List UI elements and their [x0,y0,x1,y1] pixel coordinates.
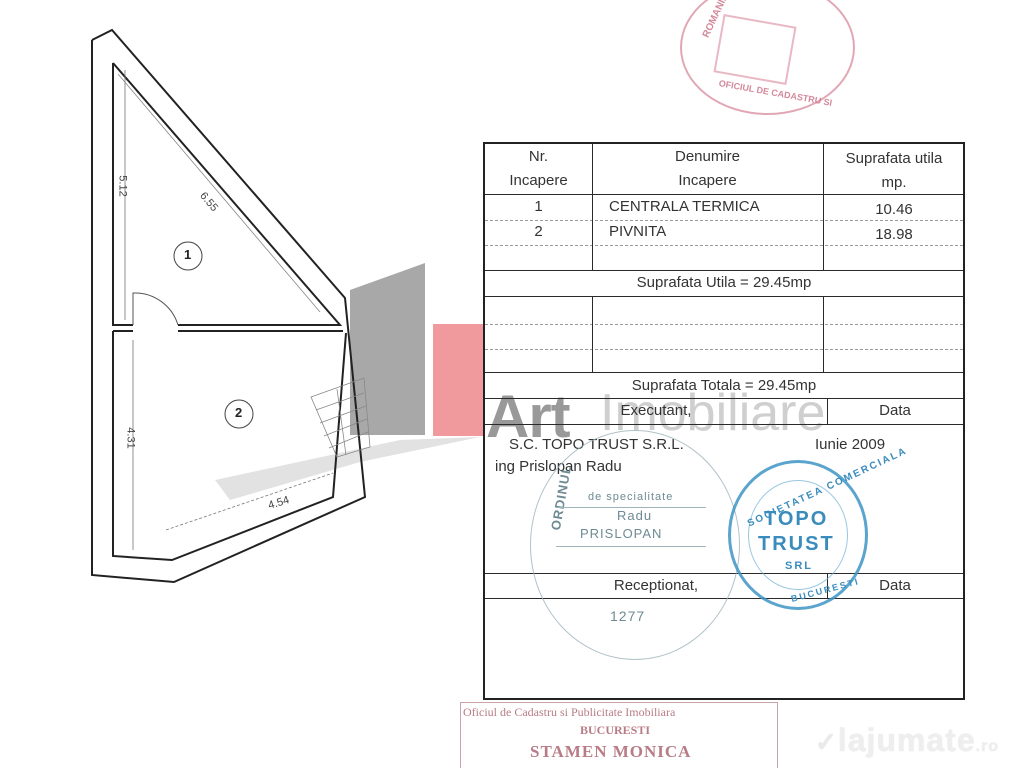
header-denumire-line2: Incapere [592,170,823,192]
company-stamp-line2: TRUST [758,533,835,556]
room-label-2: 2 [235,405,242,420]
ocpi-stamp-line2: BUCURESTI [580,723,650,738]
row2-name: PIVNITA [609,221,666,243]
header-suprafata-line1: Suprafata utila [823,148,965,170]
row1-area: 10.46 [823,199,965,221]
room-label-1: 1 [184,247,191,262]
surveyor-stamp-number: 1277 [610,608,645,624]
header-suprafata-line2: mp. [823,172,965,194]
row1-nr: 1 [485,196,592,218]
site-watermark-logo-icon: ✓ [815,727,838,757]
ocpi-stamp-line3: STAMEN MONICA [530,742,691,762]
ocpi-stamp-line1: Oficiul de Cadastru si Publicitate Imobi… [463,705,675,720]
suprafata-totala: Suprafata Totala = 29.45mp [485,375,963,397]
header-nr-line1: Nr. [485,146,592,168]
dimension-label-room1-left: 5.12 [117,175,129,196]
executant-label: Executant, [485,400,827,422]
header-nr-line2: Incapere [485,170,592,192]
surveyor-stamp-line2: Radu [617,508,652,523]
surveyor-stamp-line3: PRISLOPAN [580,526,662,541]
executant-data-label: Data [827,400,963,422]
row2-nr: 2 [485,221,592,243]
red-stamp-emblem [713,14,796,85]
header-denumire-line1: Denumire [592,146,823,168]
surveyor-stamp-line1: de specialitate [588,491,673,503]
row1-name: CENTRALA TERMICA [609,196,760,218]
watermark-gray-shape [350,263,425,435]
row2-area: 18.98 [823,224,965,246]
executant-date: Iunie 2009 [815,434,885,456]
watermark-red-block [433,324,485,436]
dimension-label-room2-left: 4.31 [125,427,137,448]
company-stamp-line3: SRL [785,560,813,572]
suprafata-utila: Suprafata Utila = 29.45mp [485,272,963,294]
site-watermark: ✓lajumate.ro [815,722,999,759]
